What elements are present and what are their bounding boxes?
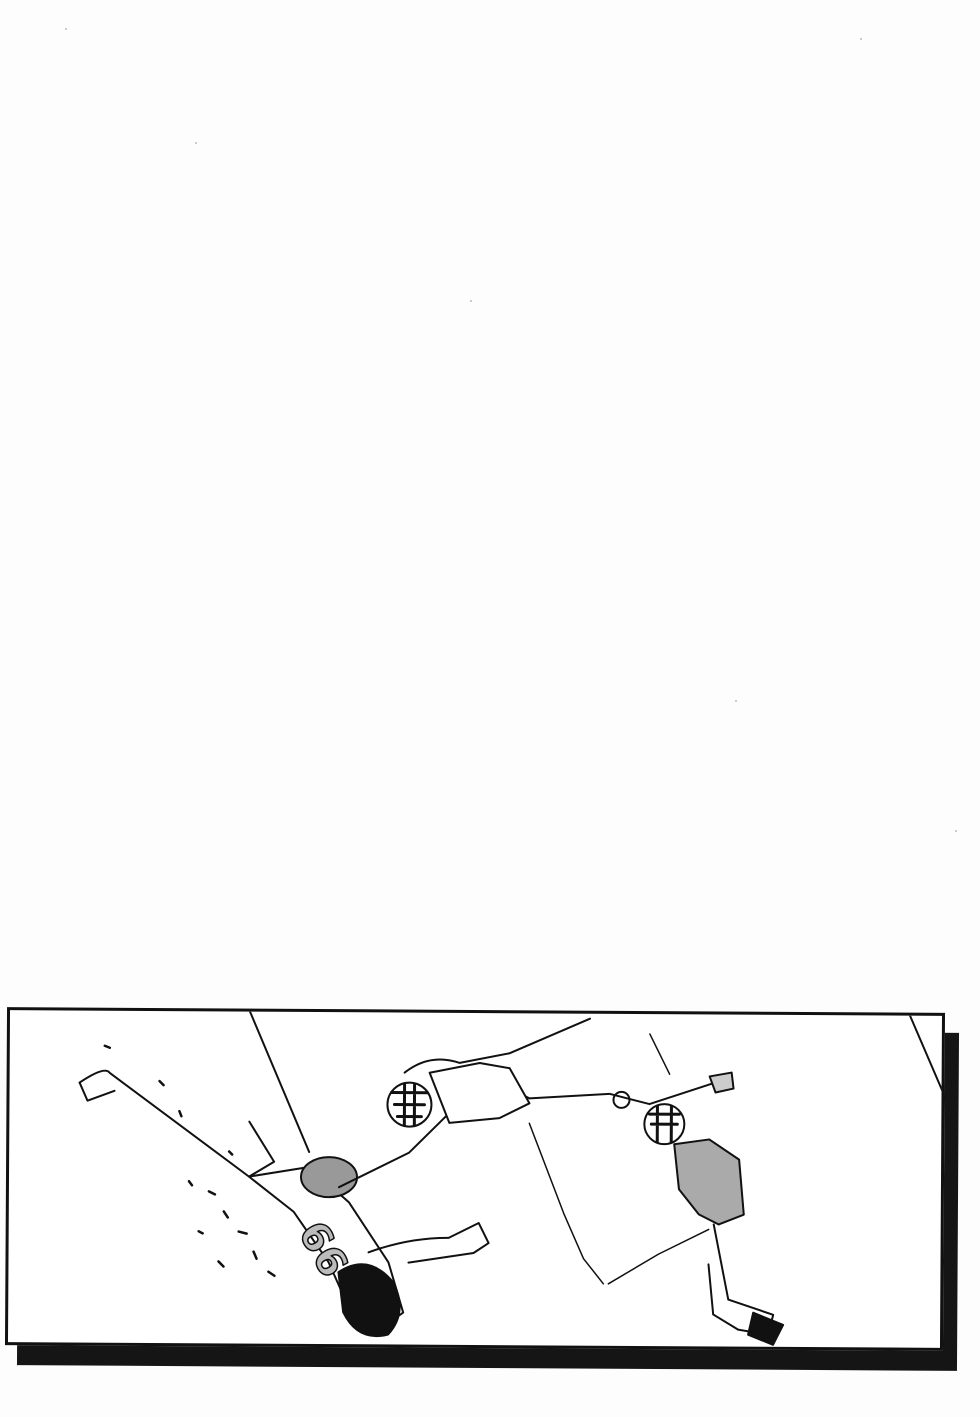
paper-speck: [470, 300, 472, 302]
football-shaded: [301, 1157, 357, 1197]
diving-player-leg: [79, 1071, 275, 1177]
field-line: [249, 1012, 310, 1152]
diving-player-arm: [368, 1222, 488, 1263]
blank-page-area: [0, 0, 980, 1005]
paper-speck: [195, 142, 197, 144]
comic-panel: 66: [5, 1007, 945, 1351]
paper-speck: [860, 38, 862, 40]
leaping-player-torso: [429, 1063, 529, 1124]
leaping-player-glove: [710, 1072, 734, 1092]
field-marking: [528, 1123, 604, 1283]
paper-speck: [955, 830, 957, 832]
field-marking: [650, 1034, 670, 1074]
field-line: [910, 1016, 945, 1096]
paper-speck: [65, 28, 67, 30]
field-marking: [608, 1229, 708, 1285]
diving-player-shoe: [79, 1083, 114, 1101]
standing-player-shoe: [748, 1313, 783, 1345]
turf-debris: [103, 1046, 275, 1276]
paper-speck: [735, 700, 737, 702]
panel-artwork: 66: [8, 1010, 945, 1351]
manga-page: 66: [0, 0, 980, 1417]
standing-player-jersey: [674, 1139, 745, 1224]
leaping-player-leg: [529, 1078, 724, 1104]
knee-pad: [613, 1092, 629, 1108]
